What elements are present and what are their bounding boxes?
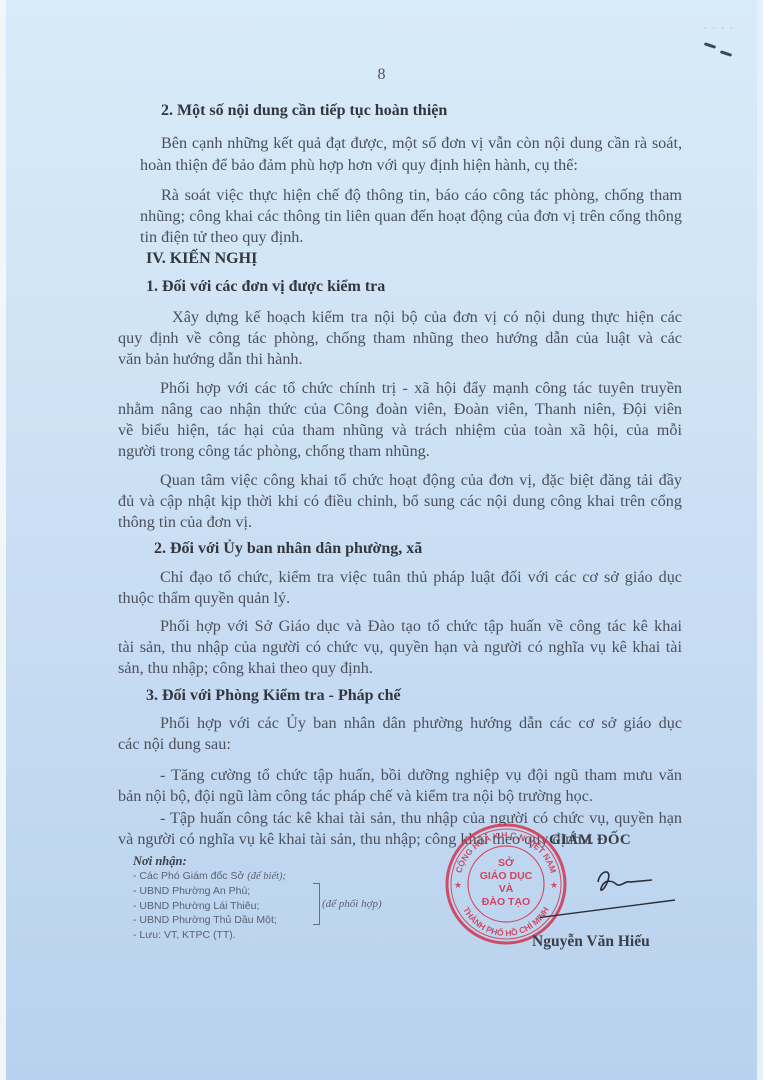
signer-title: GIÁM ĐỐC: [549, 832, 631, 849]
svg-text:★: ★: [454, 880, 462, 890]
subsection-heading: 1. Đối với các đơn vị được kiểm tra: [146, 277, 385, 297]
signature-mark: [540, 860, 680, 930]
paragraph-line: các nội dung sau:: [118, 734, 231, 754]
paragraph-line: sản, thu nhập; công khai theo quy định.: [118, 658, 373, 678]
recipient-item: - Các Phó Giám đốc Sở (để biết);: [133, 869, 286, 885]
paragraph-line: thuộc thẩm quyền quản lý.: [118, 588, 290, 608]
paragraph-line: Phối hợp với các tổ chức chính trị - xã …: [160, 378, 682, 398]
recipient-item: - UBND Phường An Phú;: [133, 884, 286, 899]
paragraph-line: đủ và cập nhật kịp thời khi có điều chỉn…: [118, 491, 682, 511]
recipient-item: - Lưu: VT, KTPC (TT).: [133, 928, 286, 943]
paragraph-line: về biểu hiện, tác hại của tham nhũng và …: [118, 420, 682, 440]
recipient-text: - UBND Phường Thủ Dầu Một;: [133, 914, 277, 926]
paragraph-line: Xây dựng kế hoạch kiểm tra nội bộ của đơ…: [172, 307, 682, 327]
svg-text:GIÁO DỤC: GIÁO DỤC: [480, 869, 533, 882]
corner-marks: · · · ·: [700, 20, 740, 60]
recipient-item: - UBND Phường Lái Thiêu;: [133, 899, 286, 914]
recipient-text: - UBND Phường Lái Thiêu;: [133, 900, 259, 912]
brace-bracket: [313, 883, 320, 925]
paragraph-line: Bên cạnh những kết quả đạt được, một số …: [161, 133, 682, 153]
corner-dots: · · · ·: [704, 24, 735, 33]
paragraph-line: Quan tâm việc công khai tổ chức hoạt độn…: [160, 470, 682, 490]
paragraph-line: tài sản, thu nhập của người có chức vụ, …: [118, 637, 682, 657]
recipient-text: - UBND Phường An Phú;: [133, 885, 250, 897]
section-heading: IV. KIẾN NGHỊ: [146, 249, 257, 269]
paragraph-line: Rà soát việc thực hiện chế độ thông tin,…: [161, 185, 682, 205]
paragraph-line: - Tăng cường tổ chức tập huấn, bồi dưỡng…: [160, 765, 682, 785]
paragraph-line: nhằm nâng cao nhận thức của Công đoàn vi…: [118, 399, 682, 419]
svg-text:ĐÀO TẠO: ĐÀO TẠO: [482, 895, 530, 908]
recipients-title: Nơi nhận:: [133, 854, 286, 869]
section-heading: 2. Một số nội dung cần tiếp tục hoàn thi…: [161, 101, 447, 121]
recipient-text: - Lưu: VT, KTPC (TT).: [133, 929, 236, 941]
paragraph-line: tin điện tử theo quy định.: [140, 227, 303, 247]
paragraph-line: Phối hợp với Sở Giáo dục và Đào tạo tổ c…: [160, 616, 682, 636]
recipient-item: - UBND Phường Thủ Dầu Một;: [133, 913, 286, 928]
paragraph-line: Phối hợp với các Ủy ban nhân dân phường …: [160, 713, 682, 733]
recipients-block: Nơi nhận: - Các Phó Giám đốc Sở (để biết…: [133, 854, 286, 942]
subsection-heading: 3. Đối với Phòng Kiểm tra - Pháp chế: [146, 686, 401, 706]
page-right-edge: [757, 0, 763, 1080]
recipient-note: (để biết);: [247, 871, 286, 882]
svg-text:SỞ: SỞ: [498, 856, 514, 869]
paragraph-line: nhũng; công khai các thông tin liên quan…: [140, 206, 682, 226]
signer-name: Nguyễn Văn Hiếu: [532, 933, 650, 951]
brace-note: (để phối hợp): [322, 898, 382, 910]
paragraph-line: thông tin của đơn vị.: [118, 512, 252, 532]
recipient-text: - Các Phó Giám đốc Sở: [133, 870, 247, 882]
corner-dash-mark: [704, 42, 716, 49]
page-left-edge: [0, 0, 6, 1080]
subsection-heading: 2. Đối với Ủy ban nhân dân phường, xã: [154, 539, 422, 559]
paragraph-line: - Tập huấn công tác kê khai tài sản, thu…: [160, 808, 682, 828]
paragraph-line: người trong công tác phòng, chống tham n…: [118, 441, 430, 461]
paragraph-line: bản nội bộ, đội ngũ làm công tác pháp ch…: [118, 786, 593, 806]
svg-text:VÀ: VÀ: [499, 882, 514, 895]
paragraph-line: quy định về công tác phòng, chống tham n…: [118, 328, 682, 348]
paragraph-line: hoàn thiện để bảo đảm phù hợp hơn với qu…: [140, 155, 578, 175]
page-number: 8: [0, 66, 763, 84]
paragraph-line: văn bản hướng dẫn thi hành.: [118, 349, 303, 369]
paragraph-line: Chỉ đạo tổ chức, kiểm tra việc tuân thủ …: [160, 567, 682, 587]
corner-dash-mark: [720, 50, 732, 57]
